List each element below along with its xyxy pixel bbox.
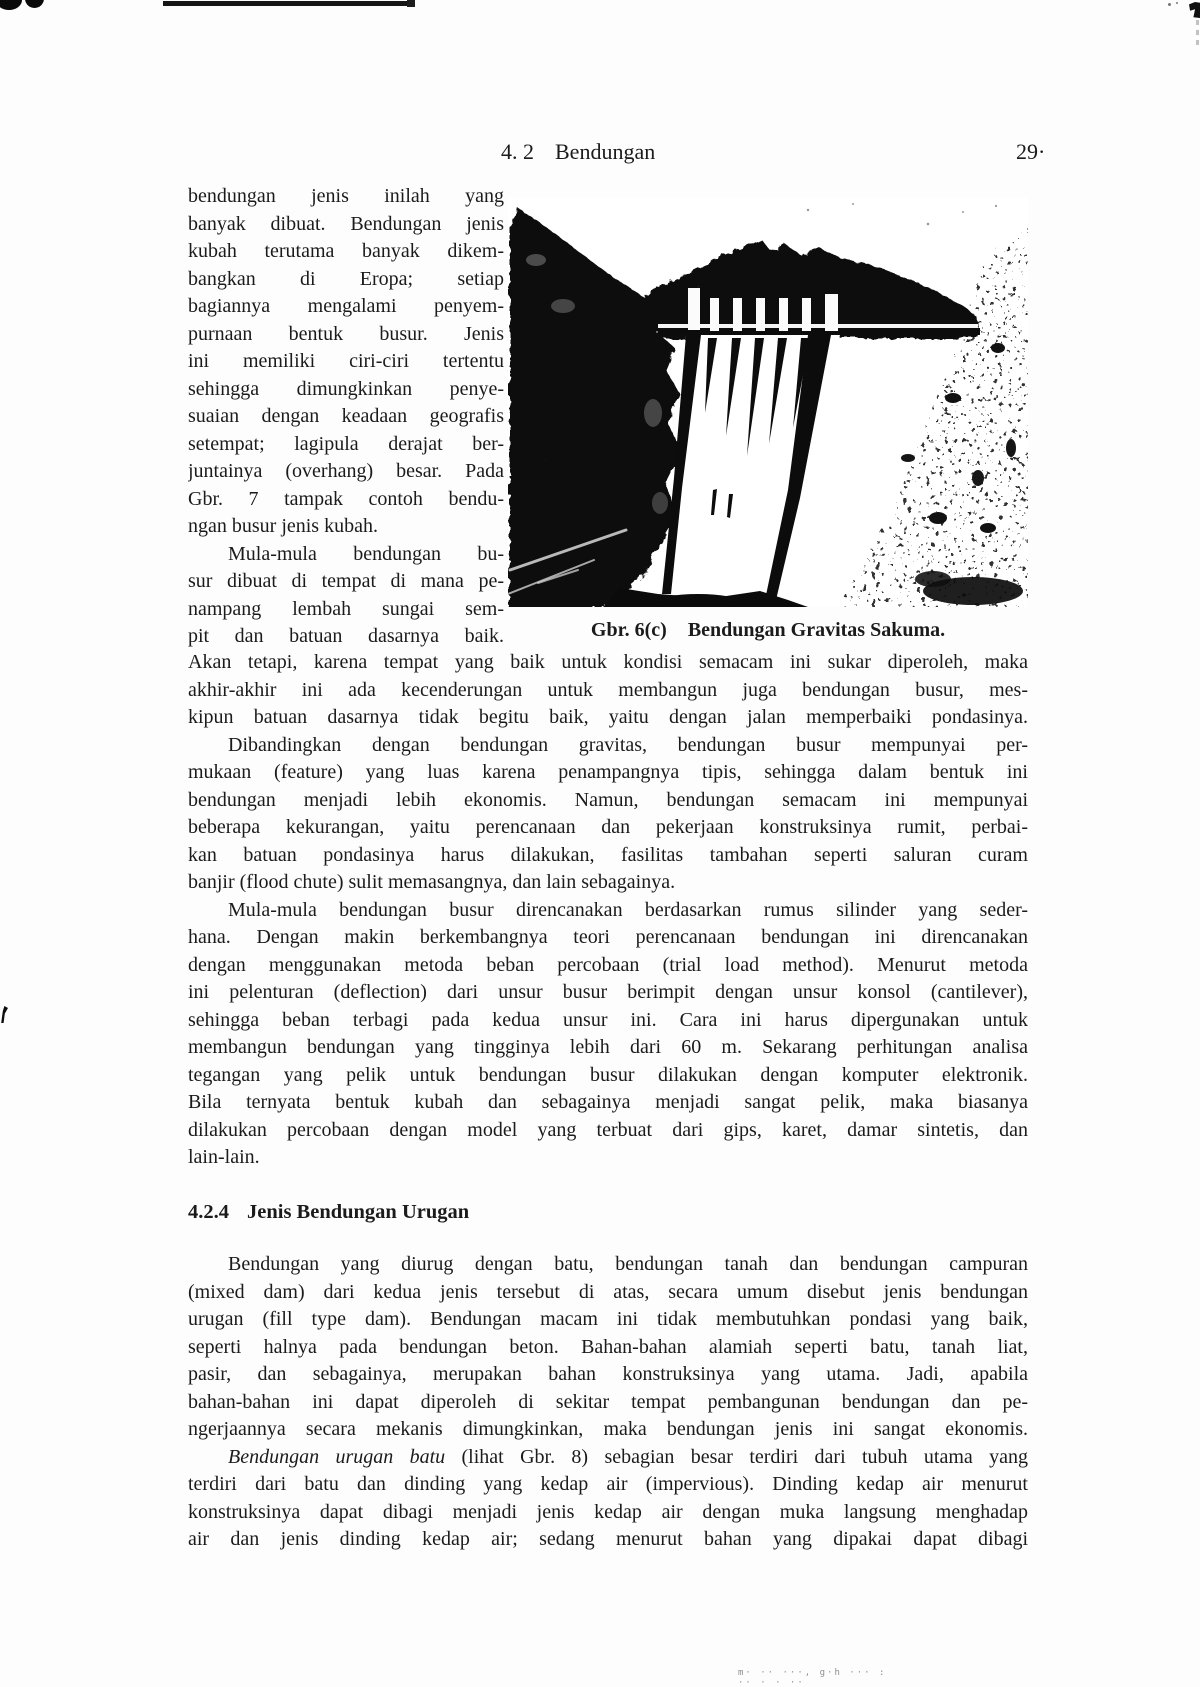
- text-line: Bila ternyata bentuk kubah dan sebagainy…: [188, 1089, 1028, 1117]
- figure-caption-label: Gbr. 6(c): [591, 619, 667, 641]
- text-line: (mixed dam) dari kedua jenis tersebut di…: [188, 1279, 1028, 1307]
- text-line: air dan jenis dinding kedap air; sedang …: [188, 1526, 1028, 1554]
- text-line: banjir (flood chute) sulit memasangnya, …: [188, 869, 1028, 897]
- figure-caption-text: Bendungan Gravitas Sakuma.: [688, 619, 945, 641]
- scan-blob-artifact: [0, 0, 22, 10]
- text-line: pasir, dan sebagainya, merupakan bahan k…: [188, 1361, 1028, 1389]
- header-section-number: 4. 2: [501, 139, 534, 165]
- text-line: Mula-mula bendungan busur direncanakan b…: [188, 897, 1028, 925]
- section-heading-title: Jenis Bendungan Urugan: [247, 1201, 469, 1223]
- scan-bar-artifact: [407, 0, 415, 7]
- text-line: setempat; lagipula derajat ber-: [188, 431, 504, 459]
- left-text-column: bendungan jenis inilah yangbanyak dibuat…: [188, 183, 504, 651]
- text-line: beberapa kekurangan, yaitu perencanaan d…: [188, 814, 1028, 842]
- text-line: terdiri dari batu dan dinding yang kedap…: [188, 1471, 1028, 1499]
- text-line: tegangan yang pelik untuk bendungan busu…: [188, 1062, 1028, 1090]
- figure-caption: Gbr. 6(c)Bendungan Gravitas Sakuma.: [508, 616, 1028, 644]
- book-page: m· ·· ···, g·h ··· : ·· · · ·· 4. 2 Bend…: [0, 0, 1200, 1687]
- text-line: urugan (fill type dam). Bendungan macam …: [188, 1306, 1028, 1334]
- dam-photo: [508, 198, 1028, 607]
- text-line: Bendungan urugan batu (lihat Gbr. 8) seb…: [188, 1444, 1028, 1472]
- text-line: ini memiliki ciri-ciri tertentu: [188, 348, 504, 376]
- scan-speck: [1196, 40, 1199, 45]
- scan-bar-artifact: [163, 1, 407, 6]
- body-text-upper: Akan tetapi, karena tempat yang baik unt…: [188, 649, 1028, 1172]
- text-line: Dibandingkan dengan bendungan gravitas, …: [188, 732, 1028, 760]
- text-line: membangun bendungan yang tingginya lebih…: [188, 1034, 1028, 1062]
- text-line: kan batuan pondasinya harus dilakukan, f…: [188, 842, 1028, 870]
- text-line: suaian dengan keadaan geografis: [188, 403, 504, 431]
- scan-speck: [1168, 3, 1171, 6]
- text-line: dilakukan percobaan dengan model yang te…: [188, 1117, 1028, 1145]
- scan-corner-artifact: [1189, 2, 1200, 18]
- scan-blob-artifact: [25, 0, 44, 8]
- scan-smudge: m· ·· ···, g·h ··· : ·· · · ··: [738, 1668, 908, 1687]
- text-line: juntainya (overhang) besar. Pada: [188, 458, 504, 486]
- scan-speck: [1176, 2, 1178, 4]
- text-line: purnaan bentuk busur. Jenis: [188, 321, 504, 349]
- section-heading-number: 4.2.4: [188, 1201, 229, 1223]
- scan-speck: [1196, 30, 1199, 35]
- text-line: bahan-bahan ini dapat diperoleh di sekit…: [188, 1389, 1028, 1417]
- text-line: seperti halnya pada bendungan beton. Bah…: [188, 1334, 1028, 1362]
- body-text-lower: Bendungan yang diurug dengan batu, bendu…: [188, 1251, 1028, 1554]
- page-number: 29·: [1016, 139, 1045, 165]
- text-line: banyak dibuat. Bendungan jenis: [188, 211, 504, 239]
- text-line: ngerjaannya secara mekanis dimungkinkan,…: [188, 1416, 1028, 1444]
- text-line: kubah terutama banyak dikem-: [188, 238, 504, 266]
- text-line: Mula-mula bendungan bu-: [188, 541, 504, 569]
- text-line: bendungan jenis inilah yang: [188, 183, 504, 211]
- text-line: dengan menggunakan metoda beban percobaa…: [188, 952, 1028, 980]
- text-line: kipun batuan dasarnya tidak begitu baik,…: [188, 704, 1028, 732]
- text-line: Bendungan yang diurug dengan batu, bendu…: [188, 1251, 1028, 1279]
- text-line: bendungan menjadi lebih ekonomis. Namun,…: [188, 787, 1028, 815]
- text-line: sehingga beban terbagi pada kedua unsur …: [188, 1007, 1028, 1035]
- text-line: ngan busur jenis kubah.: [188, 513, 504, 541]
- text-line: nampang lembah sungai sem-: [188, 596, 504, 624]
- text-line: mukaan (feature) yang luas karena penamp…: [188, 759, 1028, 787]
- scan-left-margin-artifact: [0, 1006, 8, 1023]
- text-line: ini pelenturan (deflection) dari unsur b…: [188, 979, 1028, 1007]
- text-line: konstruksinya dapat dibagi menjadi jenis…: [188, 1499, 1028, 1527]
- text-line: pit dan batuan dasarnya baik.: [188, 623, 504, 651]
- text-line: hana. Dengan makin berkembangnya teori p…: [188, 924, 1028, 952]
- text-line: Akan tetapi, karena tempat yang baik unt…: [188, 649, 1028, 677]
- section-heading: 4.2.4Jenis Bendungan Urugan: [188, 1197, 469, 1227]
- photo-grain: [508, 198, 1028, 607]
- text-line: bangkan di Eropa; setiap: [188, 266, 504, 294]
- text-line: Gbr. 7 tampak contoh bendu-: [188, 486, 504, 514]
- header-section-title: Bendungan: [555, 139, 655, 165]
- text-line: sur dibuat di tempat di mana pe-: [188, 568, 504, 596]
- text-line: bagiannya mengalami penyem-: [188, 293, 504, 321]
- text-line: akhir-akhir ini ada kecenderungan untuk …: [188, 677, 1028, 705]
- text-line: sehingga dimungkinkan penye-: [188, 376, 504, 404]
- text-line: lain-lain.: [188, 1144, 1028, 1172]
- scan-speck: [1196, 20, 1199, 25]
